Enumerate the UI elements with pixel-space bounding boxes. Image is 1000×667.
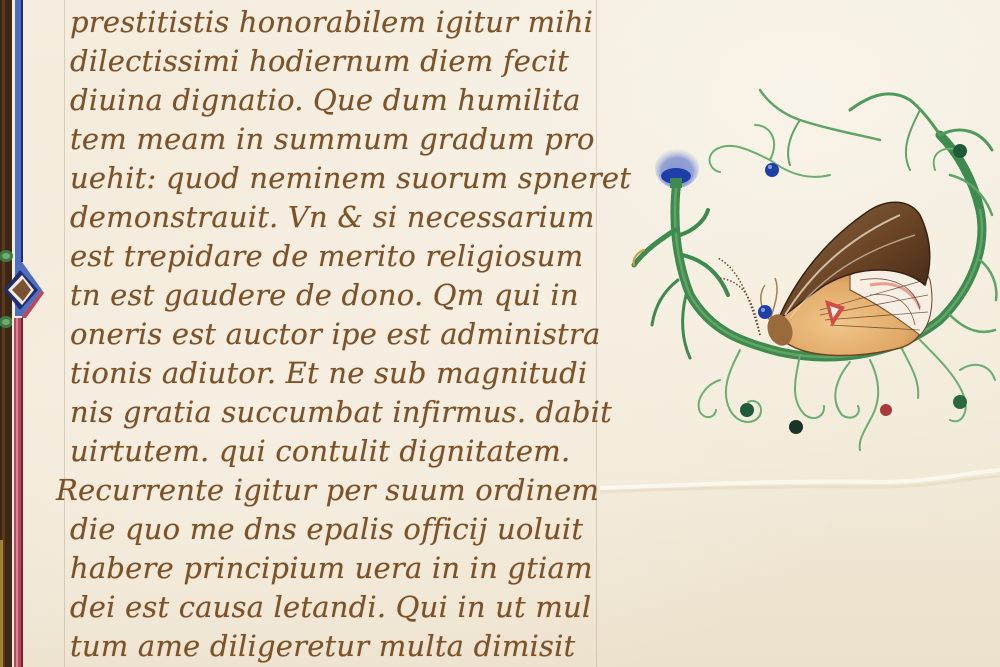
butterfly <box>718 202 932 355</box>
blue-thistle-flower <box>655 148 699 188</box>
text-line: uirtutem. qui contulit dignitatem. <box>70 437 570 466</box>
text-line: demonstrauit. Vn & si necessarium <box>70 203 595 232</box>
decorative-border <box>0 0 46 667</box>
text-line: habere principium uera in in gtiam <box>70 554 593 583</box>
text-column: prestitistis honorabilem igitur mihi dil… <box>66 0 596 667</box>
ruling-line-left <box>64 0 65 667</box>
text-line: die quo me dns epalis officij uoluit <box>70 515 583 544</box>
butterfly-illumination <box>620 80 1000 480</box>
text-line: uehit: quod neminem suorum spneret <box>70 164 631 193</box>
text-line: prestitistis honorabilem igitur mihi <box>70 8 593 37</box>
text-line: dei est causa letandi. Qui in ut mul <box>70 593 591 622</box>
text-line: oneris est auctor ipe est administra <box>70 320 600 349</box>
blue-berry <box>765 163 779 177</box>
text-line: tem meam in summum gradum pro <box>70 125 595 154</box>
text-line: est trepidare de merito religiosum <box>70 242 583 271</box>
red-berry <box>880 404 892 416</box>
text-line: nis gratia succumbat infirmus. dabit <box>70 398 612 427</box>
text-line-initial: Recurrente igitur per suum ordinem <box>56 476 599 505</box>
text-line: dilectissimi hodiernum diem fecit <box>70 47 569 76</box>
text-line: diuina dignatio. Que dum humilita <box>70 86 581 115</box>
text-line: tn est gaudere de dono. Qm qui in <box>70 281 579 310</box>
text-line: tum ame diligeretur multa dimisit <box>70 632 575 661</box>
text-line: tionis adiutor. Et ne sub magnitudi <box>70 359 587 388</box>
